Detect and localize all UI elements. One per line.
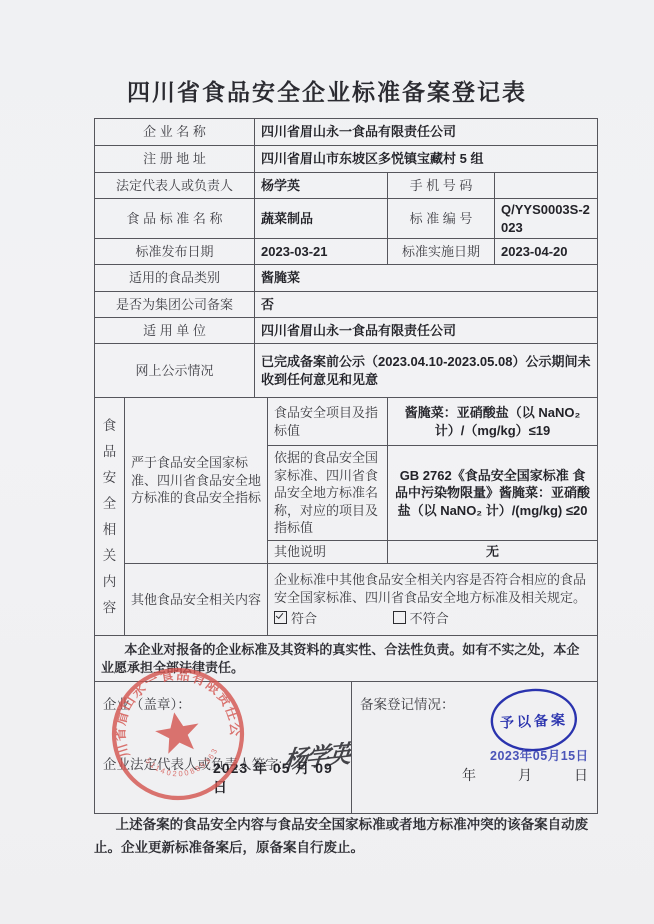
applicable-unit-value: 四川省眉山永一食品有限责任公司: [255, 318, 598, 344]
compliance-option-yes: 符合: [274, 611, 317, 626]
compliance-option-no: 不符合: [393, 611, 449, 626]
registered-address-label: 注 册 地 址: [95, 146, 255, 173]
registration-status-label: 备案登记情况：: [360, 696, 455, 714]
safety-item-label: 依据的食品安全国家标准、四川省食品安全地方标准名称，对应的项目及指标值: [268, 446, 388, 541]
footer-note: 上述备案的食品安全内容与食品安全国家标准或者地方标准冲突的该备案自动废止。企业更…: [94, 814, 600, 860]
safety-item-value: 酱腌菜：亚硝酸盐（以 NaNO₂ 计）/（mg/kg）≤19: [388, 398, 598, 446]
scanned-document-page: 四川省食品安全企业标准备案登记表 企 业 名 称 四川省眉山永一食品有限责任公司…: [0, 0, 654, 924]
publicity-value: 已完成备案前公示（2023.04.10-2023.05.08）公示期间未收到任何…: [255, 344, 598, 398]
declaration-text: 本企业对报备的企业标准及其资料的真实性、合法性负责。如有不实之处，本企业愿承担全…: [95, 636, 598, 682]
other-safety-content: 企业标准中其他食品安全相关内容是否符合相应的食品安全国家标准、四川省食品安全地方…: [268, 564, 598, 636]
safety-section-side-label: 食品安全相关内容: [102, 413, 117, 621]
publish-date-value: 2023-03-21: [255, 239, 388, 265]
other-safety-label: 其他食品安全相关内容: [125, 564, 268, 636]
table-row: 食品安全相关内容 严于食品安全国家标准、四川省食品安全地方标准的食品安全指标 食…: [95, 398, 598, 446]
mobile-value: [495, 173, 598, 199]
applicable-unit-label: 适 用 单 位: [95, 318, 255, 344]
table-row: 是否为集团公司备案 否: [95, 292, 598, 318]
table-row: 本企业对报备的企业标准及其资料的真实性、合法性负责。如有不实之处，本企业愿承担全…: [95, 636, 598, 682]
approval-date: 2023年05月15日: [490, 748, 589, 765]
legal-rep-label: 法定代表人或负责人: [95, 173, 255, 199]
company-seal-label: 企业（盖章）：: [103, 696, 345, 714]
safety-item-label: 其他说明: [268, 541, 388, 564]
page-title: 四川省食品安全企业标准备案登记表: [0, 74, 654, 107]
table-row: 其他食品安全相关内容 企业标准中其他食品安全相关内容是否符合相应的食品安全国家标…: [95, 564, 598, 636]
registration-status-cell: 备案登记情况： 予以备案 2023年05月15日 年 月 日: [352, 682, 598, 814]
standard-name-label: 食 品 标 准 名 称: [95, 199, 255, 239]
approval-stamp-text: 予以备案: [500, 711, 569, 731]
food-category-value: 酱腌菜: [255, 265, 598, 292]
table-row: 食 品 标 准 名 称 蔬菜制品 标 准 编 号 Q/YYS0003S-2023: [95, 199, 598, 239]
table-row: 法定代表人或负责人 杨学英 手 机 号 码: [95, 173, 598, 199]
table-row: 适用的食品类别 酱腌菜: [95, 265, 598, 292]
publicity-label: 网上公示情况: [95, 344, 255, 398]
company-name-label: 企 业 名 称: [95, 119, 255, 146]
safety-item-value: GB 2762《食品安全国家标准 食品中污染物限量》酱腌菜：亚硝酸盐（以 NaN…: [388, 446, 598, 541]
food-category-label: 适用的食品类别: [95, 265, 255, 292]
group-filing-value: 否: [255, 292, 598, 318]
safety-item-label: 食品安全项目及指标值: [268, 398, 388, 446]
implement-date-value: 2023-04-20: [495, 239, 598, 265]
company-name-value: 四川省眉山永一食品有限责任公司: [255, 119, 598, 146]
sign-date: 2023 年 05 月 09 日: [213, 759, 351, 797]
mobile-label: 手 机 号 码: [388, 173, 495, 199]
year-month-day-placeholder: 年 月 日: [462, 766, 588, 785]
unchecked-checkbox-icon: [393, 611, 406, 624]
safety-item-value: 无: [388, 541, 598, 564]
table-row: 网上公示情况 已完成备案前公示（2023.04.10-2023.05.08）公示…: [95, 344, 598, 398]
checked-checkbox-icon: [274, 611, 287, 624]
company-seal-cell: 企业（盖章）： 企业法定代表人或负责人签字:杨学英 2023 年 05 月 09…: [95, 682, 352, 814]
implement-date-label: 标准实施日期: [388, 239, 495, 265]
publish-date-label: 标准发布日期: [95, 239, 255, 265]
compliance-option-no-label: 不符合: [410, 611, 449, 626]
legal-rep-value: 杨学英: [255, 173, 388, 199]
table-row: 注 册 地 址 四川省眉山市东坡区多悦镇宝藏村 5 组: [95, 146, 598, 173]
group-filing-label: 是否为集团公司备案: [95, 292, 255, 318]
registered-address-value: 四川省眉山市东坡区多悦镇宝藏村 5 组: [255, 146, 598, 173]
table-row: 企 业 名 称 四川省眉山永一食品有限责任公司: [95, 119, 598, 146]
standard-name-value: 蔬菜制品: [255, 199, 388, 239]
table-row: 适 用 单 位 四川省眉山永一食品有限责任公司: [95, 318, 598, 344]
table-row: 标准发布日期 2023-03-21 标准实施日期 2023-04-20: [95, 239, 598, 265]
safety-section-side-cell: 食品安全相关内容: [95, 398, 125, 636]
stricter-indicators-label: 严于食品安全国家标准、四川省食品安全地方标准的食品安全指标: [125, 398, 268, 564]
compliance-option-yes-label: 符合: [291, 611, 317, 626]
other-safety-statement: 企业标准中其他食品安全相关内容是否符合相应的食品安全国家标准、四川省食品安全地方…: [274, 572, 586, 605]
registration-form-table: 企 业 名 称 四川省眉山永一食品有限责任公司 注 册 地 址 四川省眉山市东坡…: [94, 118, 598, 814]
compliance-options: 符合 不符合: [274, 610, 591, 628]
standard-no-value: Q/YYS0003S-2023: [495, 199, 598, 239]
table-row: 企业（盖章）： 企业法定代表人或负责人签字:杨学英 2023 年 05 月 09…: [95, 682, 598, 814]
standard-no-label: 标 准 编 号: [388, 199, 495, 239]
